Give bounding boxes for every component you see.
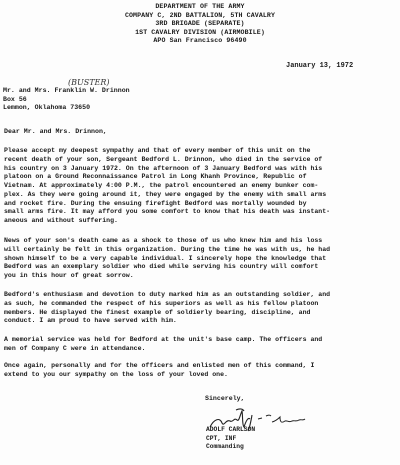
text-line: Bedford was an exemplary soldier who die… — [4, 263, 330, 272]
closing: Sincerely, — [205, 395, 245, 402]
letterhead-line: COMPANY C, 2ND BATTALION, 5TH CAVALRY — [100, 12, 300, 21]
letterhead-line: DEPARTMENT OF THE ARMY — [100, 3, 300, 12]
text-line: small arms fire. It may afford you some … — [4, 208, 330, 217]
text-line: recent death of your son, Sergeant Bedfo… — [4, 156, 330, 165]
letterhead-line: 1ST CAVALRY DIVISION (AIRMOBILE) — [100, 29, 300, 38]
address-line: Box 56 — [3, 96, 130, 105]
body-paragraph: Please accept my deepest sympathy and th… — [4, 147, 330, 226]
letter-page: DEPARTMENT OF THE ARMY COMPANY C, 2ND BA… — [0, 0, 400, 465]
salutation: Dear Mr. and Mrs. Drinnon, — [4, 128, 107, 135]
text-line: members. He displayed the finest example… — [4, 309, 330, 318]
text-line: Bedford's enthusiasm and devotion to dut… — [4, 291, 330, 300]
body-paragraph: Once again, personally and for the offic… — [4, 362, 314, 380]
text-line: plex. As they were going around it, they… — [4, 191, 330, 200]
text-line: shown himself to be a very capable indiv… — [4, 255, 330, 264]
address-line: Lemmon, Oklahoma 73650 — [3, 104, 130, 113]
text-line: Please accept my deepest sympathy and th… — [4, 147, 330, 156]
letterhead: DEPARTMENT OF THE ARMY COMPANY C, 2ND BA… — [100, 3, 300, 46]
signer-title: Commanding — [206, 443, 255, 452]
recipient-address: Mr. and Mrs. Franklin W. Drinnon Box 56 … — [3, 87, 130, 113]
letterhead-line: APO San Francisco 96490 — [100, 37, 300, 46]
text-line: will certainly be felt in this organizat… — [4, 246, 330, 255]
text-line: men of Company C were in attendance. — [4, 345, 322, 354]
text-line: his country on 3 January 1972. On the af… — [4, 165, 330, 174]
signer-rank: CPT, INF — [206, 435, 255, 444]
text-line: A memorial service was held for Bedford … — [4, 336, 322, 345]
text-line: platoon on a Ground Reconnaissance Patro… — [4, 173, 330, 182]
handwritten-annotation: (BUSTER) — [68, 78, 110, 87]
text-line: you in this hour of great sorrow. — [4, 272, 330, 281]
body-paragraph: News of your son's death came as a shock… — [4, 237, 330, 281]
text-line: conduct. I am proud to have served with … — [4, 317, 330, 326]
signer-name: ADOLF CARLSON — [206, 426, 255, 435]
letterhead-line: 3RD BRIGADE (SEPARATE) — [100, 20, 300, 29]
body-paragraph: Bedford's enthusiasm and devotion to dut… — [4, 291, 330, 326]
text-line: extend to you our sympathy on the loss o… — [4, 371, 314, 380]
text-line: and rocket fire. During the ensuing fire… — [4, 200, 330, 209]
letter-date: January 13, 1972 — [286, 62, 353, 70]
text-line: News of your son's death came as a shock… — [4, 237, 330, 246]
address-line: Mr. and Mrs. Franklin W. Drinnon — [3, 87, 130, 96]
text-line: as such, he commanded the respect of his… — [4, 300, 330, 309]
text-line: aneous and without suffering. — [4, 217, 330, 226]
signature-block: ADOLF CARLSON CPT, INF Commanding — [206, 426, 255, 452]
body-paragraph: A memorial service was held for Bedford … — [4, 336, 322, 354]
text-line: Vietnam. At approximately 4:00 P.M., the… — [4, 182, 330, 191]
text-line: Once again, personally and for the offic… — [4, 362, 314, 371]
